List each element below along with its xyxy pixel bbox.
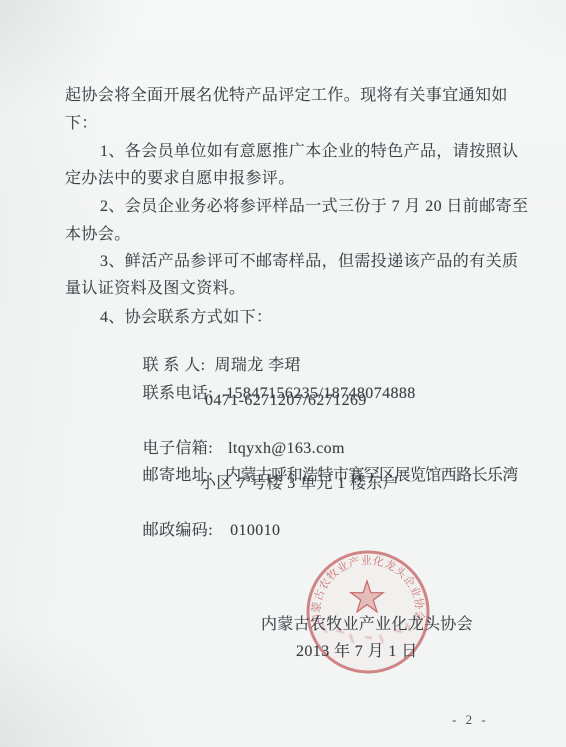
- body-line-opening-2: 下：: [65, 114, 98, 134]
- body-line-item2-2: 本协会。: [65, 225, 131, 245]
- signature-date: 2013 年 7 月 1 日: [296, 642, 418, 662]
- scanned-document-page: 起协会将全面开展名优特产品评定工作。现将有关事宜通知如 下： 1、各会员单位如有…: [0, 0, 566, 747]
- signature-organization: 内蒙古农牧业产业化龙头协会: [261, 615, 473, 635]
- contact-phone-label: 联系电话:: [143, 385, 213, 402]
- body-line-item1-1: 1、各会员单位如有意愿推广本企业的特色产品，请按照认: [100, 142, 518, 162]
- contact-postal-row: 邮政编码:010010: [125, 501, 280, 561]
- body-line-item3-1: 3、鲜活产品参评可不邮寄样品，但需投递该产品的有关质: [100, 252, 518, 272]
- contact-postal-label: 邮政编码:: [143, 522, 213, 539]
- body-line-opening-1: 起协会将全面开展名优特产品评定工作。现将有关事宜通知如: [65, 86, 508, 106]
- body-line-item2-1: 2、会员企业务必将参评样品一式三份于 7 月 20 日前邮寄至: [100, 197, 528, 217]
- contact-postal-value: 010010: [230, 522, 280, 539]
- contact-phone-value-2: 0471-6271207/6271269: [205, 391, 367, 411]
- body-line-item4-heading: 4、协会联系方式如下：: [100, 308, 272, 328]
- page-number: - 2 -: [452, 712, 489, 728]
- body-line-item1-2: 定办法中的要求自愿申报参评。: [65, 169, 295, 189]
- contact-address-value-2: 小区 7 号楼 3 单元 1 楼东户: [200, 474, 399, 494]
- body-line-item3-2: 量认证资料及图文资料。: [65, 279, 245, 299]
